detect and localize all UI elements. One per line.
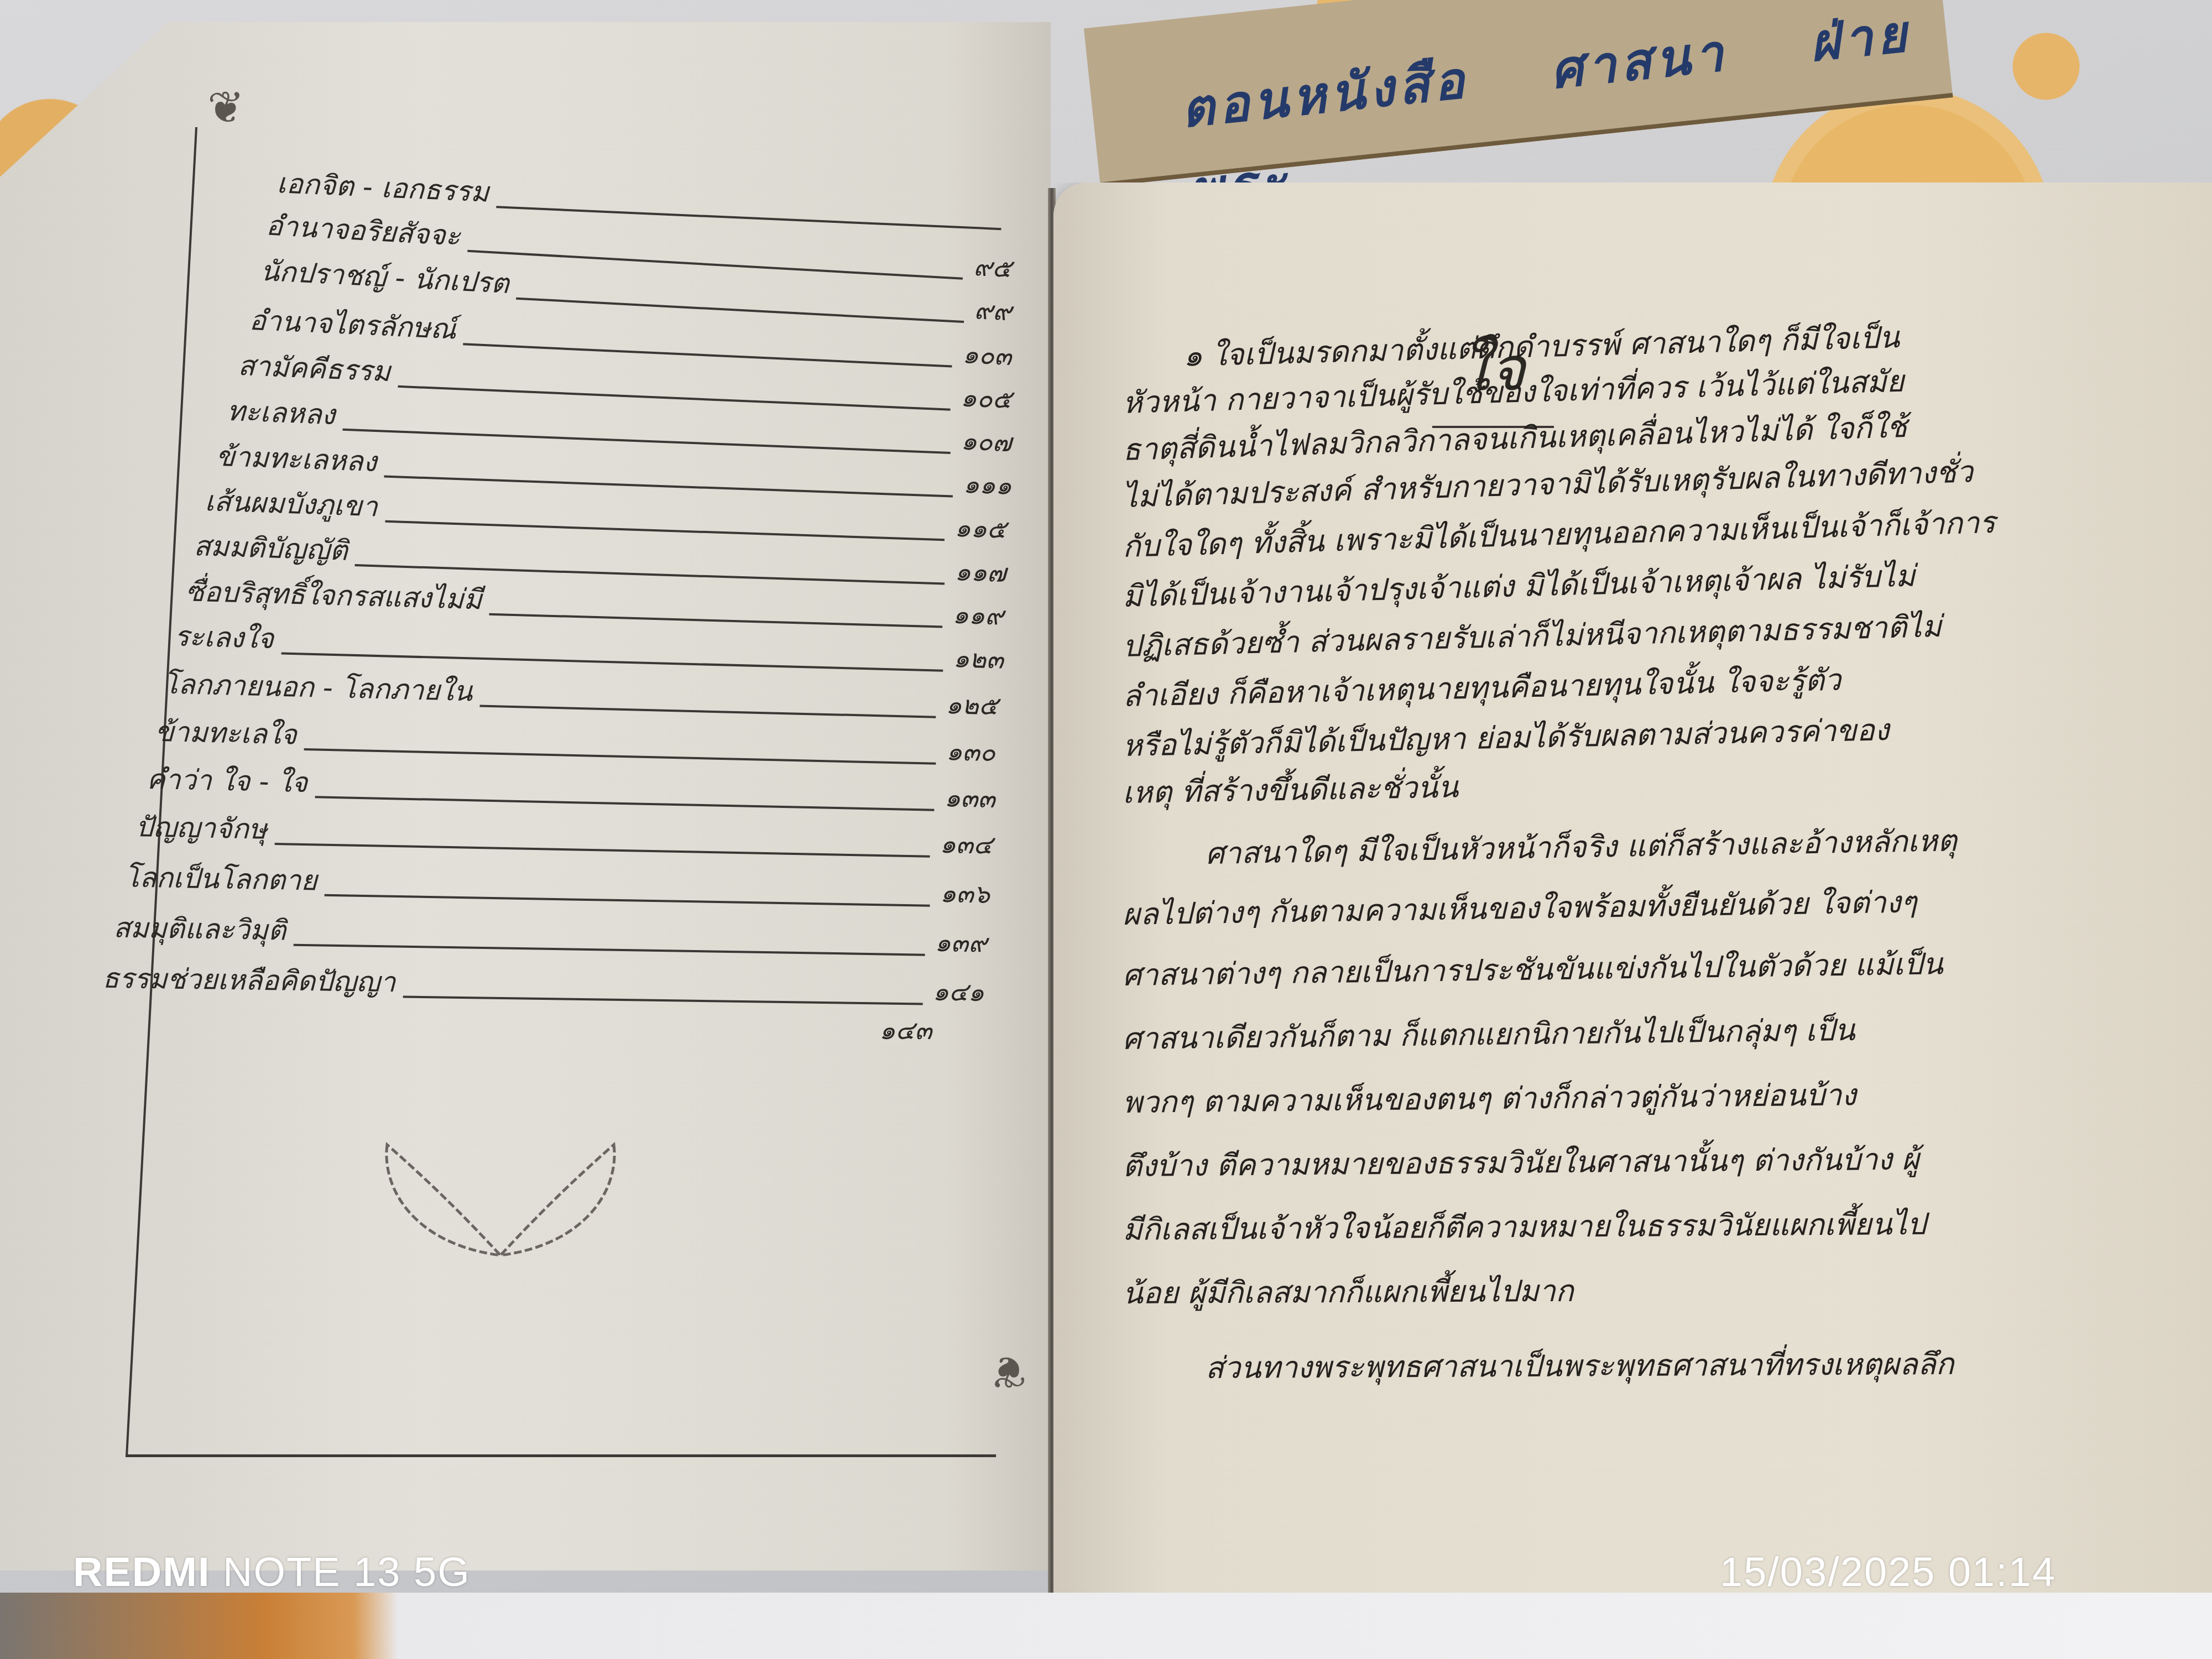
toc-page-number: ๑๑๙ — [952, 594, 1004, 637]
leader-line — [403, 995, 923, 1005]
datetime-watermark: 15/03/2025 01:14 — [1720, 1548, 2056, 1595]
wing-ornament-icon — [382, 1139, 619, 1266]
toc-page-number: ๑๑๕ — [954, 508, 1007, 550]
toc-page-number: ๑๐๕ — [960, 377, 1013, 420]
table-surface — [0, 1593, 2212, 1659]
toc-page-number: ๑๐๗ — [960, 421, 1013, 463]
text-line: ศาสนาเดียวกันก็ตาม ก็แตกแยกนิกายกันไปเป็… — [1122, 1006, 1855, 1062]
text-line: น้อย ผู้มีกิเลสมากก็แผกเพี้ยนไปมาก — [1123, 1267, 1574, 1317]
toc-page-number: ๑๓๖ — [940, 873, 990, 915]
toc-page-number: ๑๑๑ — [963, 464, 1013, 506]
toc-title: เส้นผมบังภูเขา — [204, 479, 378, 529]
toc-title: ระเลงใจ — [174, 614, 274, 661]
text-line: มีกิเลสเป็นเจ้าหัวใจน้อยก็ตีความหมายในธร… — [1123, 1200, 1927, 1253]
toc-entry: ๑๔๓ — [879, 1012, 984, 1051]
cardboard-word: ตอนหนังสือ — [1178, 50, 1472, 139]
toc-page-number: ๑๒๕ — [946, 685, 999, 726]
device-brand: REDMI — [73, 1549, 210, 1595]
text-line: ส่วนทางพระพุทธศาสนาเป็นพระพุทธศาสนาที่ทร… — [1206, 1340, 1954, 1391]
toc-title: สามัคคีธรรม — [237, 344, 392, 394]
text-line: เหตุ ที่สร้างขึ้นดีและชั่วนั้น — [1122, 763, 1459, 816]
leader-line — [294, 944, 925, 956]
toc-page-number: ๑๔๓ — [879, 1010, 932, 1051]
toc-page-number: ๑๓๔ — [940, 824, 993, 865]
toc-title: ข้ามทะเลหลง — [215, 435, 377, 484]
corner-ornament-icon: ❦ — [207, 86, 244, 130]
toc-title: สมมุติและวิมุติ — [113, 906, 286, 953]
corner-ornament-icon: ❦ — [990, 1349, 1027, 1394]
toc-title: คำว่า ใจ - ใจ — [146, 758, 307, 805]
toc-title: สมมติบัญญัติ — [193, 524, 348, 573]
toc-page-number: ๑๓๓ — [944, 778, 996, 819]
device-watermark: REDMI NOTE 13 5G — [73, 1548, 471, 1595]
toc-title: ทะเลหลง — [226, 389, 336, 437]
toc-page-number: ๑๐๓ — [962, 334, 1013, 377]
text-line: พวกๆ ตามความเห็นของตนๆ ต่างก็กล่าวตู่กัน… — [1123, 1071, 1857, 1126]
toc-page-number: ๑๑๗ — [954, 551, 1007, 593]
cardboard-label: ตอนหนังสือ ศาสนา ฝ่ายพระ — [1084, 0, 1953, 187]
toc-title: โลกเป็นโลกตาย — [124, 855, 318, 902]
toc-page-number: ๙๙ — [973, 290, 1013, 332]
toc-page-number: ๑๓๙ — [935, 922, 987, 963]
toc-page-number: ๑๓๐ — [946, 731, 995, 773]
toc-page-number: ๙๕ — [973, 247, 1013, 289]
device-model: NOTE 13 5G — [223, 1549, 471, 1595]
cardboard-word: ศาสนา — [1548, 23, 1730, 100]
toc-title: ข้ามทะเลใจ — [154, 710, 297, 757]
toc-page-number: ๑๔๑ — [932, 972, 984, 1013]
text-line: ตึงบ้าง ตีความหมายของธรรมวินัยในศาสนานั้… — [1123, 1135, 1919, 1190]
toc-title: อำนาจไตรลักษณ์ — [248, 299, 457, 352]
toc-title: โลกภายนอก - โลกภายใน — [163, 662, 473, 714]
toc-title: ปัญญาจักษุ — [135, 805, 267, 852]
toc-page-number: ๑๒๓ — [953, 638, 1004, 680]
toc-title: ธรรมช่วยเหลือคิดปัญญา — [102, 957, 396, 1004]
toc-title: ซื่อบริสุทธิ์ใจกรสแสงไม่มี — [185, 570, 482, 622]
